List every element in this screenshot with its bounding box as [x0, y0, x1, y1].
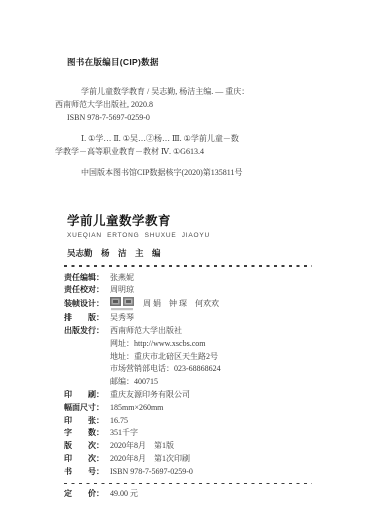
- credit-label: 排 版：: [64, 312, 110, 325]
- cip-record-number: 中国版本图书馆CIP数据核字(2020)第135811号: [55, 167, 321, 178]
- credit-value: 周明琼: [110, 284, 134, 297]
- print-value: 2020年8月 第1版: [110, 440, 174, 453]
- print-label: 版 次：: [64, 440, 110, 453]
- publisher-phone: 市场营销部电话：023-68868624: [110, 363, 321, 376]
- print-row-impression: 印 次： 2020年8月 第1次印刷: [64, 453, 321, 466]
- dashed-divider-top: [64, 265, 312, 267]
- cip-header: 图书在版编目(CIP)数据: [67, 56, 321, 68]
- publisher-row: 出版发行： 西南师范大学出版社: [64, 325, 321, 338]
- print-label: 幅面尺寸：: [64, 402, 110, 415]
- credit-row-editor: 责任编辑： 张燕妮: [64, 272, 321, 285]
- publisher-address: 地址：重庆市北碚区天生路2号: [110, 351, 321, 364]
- print-row-sheets: 印 张： 16.75: [64, 415, 321, 428]
- print-row-wordcount: 字 数： 351千字: [64, 427, 321, 440]
- print-value: 185mm×260mm: [110, 402, 163, 415]
- cip-line: 学前儿童数学教育 / 吴志勤, 杨洁主编. — 重庆：: [55, 85, 321, 98]
- credit-row-typesetting: 排 版： 吴秀琴: [64, 312, 321, 325]
- copyright-page: 图书在版编目(CIP)数据 学前儿童数学教育 / 吴志勤, 杨洁主编. — 重庆…: [0, 0, 375, 527]
- page-content: 图书在版编目(CIP)数据 学前儿童数学教育 / 吴志勤, 杨洁主编. — 重庆…: [55, 56, 321, 501]
- print-row-format: 幅面尺寸： 185mm×260mm: [64, 402, 321, 415]
- print-value: 2020年8月 第1次印刷: [110, 453, 190, 466]
- cip-class-line: Ⅰ. ①学… Ⅱ. ①吴…②杨… Ⅲ. ①学前儿童－数: [55, 132, 321, 145]
- cip-line: 西南师范大学出版社, 2020.8: [55, 98, 321, 111]
- print-row-isbn: 书 号： ISBN 978-7-5697-0259-0: [64, 466, 321, 479]
- print-label: 印 张：: [64, 415, 110, 428]
- credit-value: 吴秀琴: [110, 312, 134, 325]
- design-studio-logo: [110, 297, 136, 312]
- cip-isbn: ISBN 978-7-5697-0259-0: [67, 111, 321, 124]
- publisher-postcode: 邮编：400715: [110, 376, 321, 389]
- credit-row-proofreader: 责任校对： 周明琼: [64, 284, 321, 297]
- price-value: 49.00 元: [110, 488, 138, 501]
- publisher-name: 西南师范大学出版社: [110, 325, 182, 338]
- print-label: 印 次：: [64, 453, 110, 466]
- publisher-website: 网址：http://www.xscbs.com: [110, 338, 321, 351]
- print-row-printer: 印 刷： 重庆友源印务有限公司: [64, 389, 321, 402]
- cip-class-line: 学教学－高等职业教育－教材 Ⅳ. ①G613.4: [55, 145, 321, 158]
- credit-label: 责任编辑：: [64, 272, 110, 285]
- credit-row-design: 装帧设计： 周 娟 钟 琛 何欢欢: [64, 297, 321, 312]
- print-label: 字 数：: [64, 427, 110, 440]
- title-block: 学前儿童数学教育 XUEQIAN ERTONG SHUXUE JIAOYU 吴志…: [67, 211, 321, 259]
- credit-value: 周 娟 钟 琛 何欢欢: [143, 298, 219, 311]
- print-label: 书 号：: [64, 466, 110, 479]
- print-value: 重庆友源印务有限公司: [110, 389, 190, 402]
- publisher-label: 出版发行：: [64, 325, 110, 338]
- book-title-pinyin: XUEQIAN ERTONG SHUXUE JIAOYU: [67, 232, 321, 239]
- cip-classification: Ⅰ. ①学… Ⅱ. ①吴…②杨… Ⅲ. ①学前儿童－数 学教学－高等职业教育－教…: [55, 132, 321, 158]
- print-row-edition: 版 次： 2020年8月 第1版: [64, 440, 321, 453]
- price-label: 定 价：: [64, 488, 110, 501]
- print-value: 16.75: [110, 415, 128, 428]
- price-row: 定 价： 49.00 元: [64, 488, 321, 501]
- credit-label: 责任校对：: [64, 284, 110, 297]
- dashed-divider-bottom: [64, 483, 312, 485]
- print-label: 印 刷：: [64, 389, 110, 402]
- credit-label: 装帧设计：: [64, 298, 110, 311]
- credit-value-wrap: 周 娟 钟 琛 何欢欢: [110, 297, 219, 312]
- book-title: 学前儿童数学教育: [67, 211, 321, 229]
- print-value: 351千字: [110, 427, 138, 440]
- cip-description: 学前儿童数学教育 / 吴志勤, 杨洁主编. — 重庆： 西南师范大学出版社, 2…: [55, 85, 321, 124]
- credit-value: 张燕妮: [110, 272, 134, 285]
- book-authors: 吴志勤 杨 洁 主 编: [67, 247, 321, 259]
- print-value: ISBN 978-7-5697-0259-0: [110, 466, 193, 479]
